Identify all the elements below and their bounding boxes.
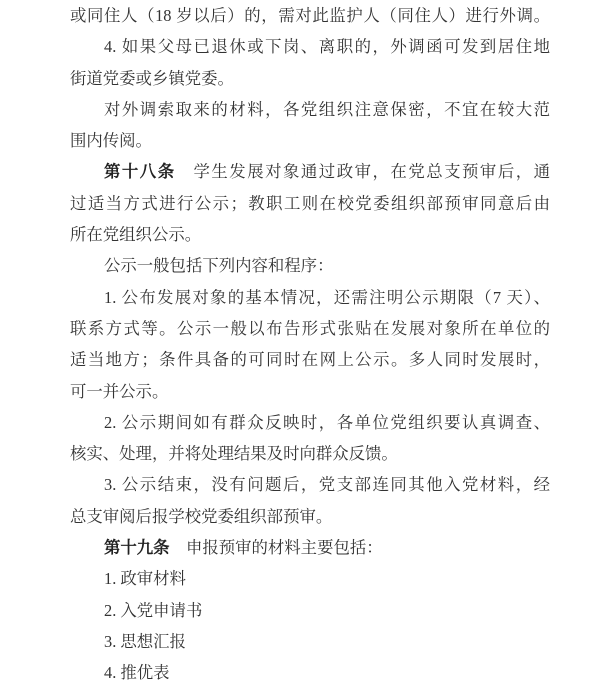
text-line: 所在党组织公示。 [70,219,550,250]
text-line: 3. 公示结束，没有问题后，党支部连同其他入党材料，经 [70,469,550,500]
text-line: 2. 入党申请书 [70,595,550,626]
text-segment: 1. 政审材料 [104,569,186,588]
text-segment: 街道党委或乡镇党委。 [70,69,234,88]
text-line: 过适当方式进行公示；教职工则在校党委组织部预审同意后由 [70,188,550,219]
text-line: 4. 推优表 [70,657,550,688]
text-segment: 学生发展对象通过政审，在党总支预审后，通 [176,162,550,181]
text-segment: 适当地方；条件具备的可同时在网上公示。多人同时发展时， [70,350,550,369]
text-segment: 所在党组织公示。 [70,225,201,244]
text-line: 2. 公示期间如有群众反映时，各单位党组织要认真调查、 [70,407,550,438]
text-line: 第十九条 申报预审的材料主要包括： [70,532,550,563]
text-segment: 4. 如果父母已退休或下岗、离职的，外调函可发到居住地 [104,37,550,56]
text-segment: 2. 入党申请书 [104,601,202,620]
text-segment: 核实、处理，并将处理结果及时向群众反馈。 [70,444,398,463]
text-line: 4. 如果父母已退休或下岗、离职的，外调函可发到居住地 [70,31,550,62]
text-line: 围内传阅。 [70,125,550,156]
article-heading-text: 第十九条 [104,539,170,557]
text-line: 1. 政审材料 [70,563,550,594]
document-page: 或同住人（18 岁以后）的，需对此监护人（同住人）进行外调。4. 如果父母已退休… [0,0,616,689]
text-segment: 可一并公示。 [70,382,168,401]
text-segment: 过适当方式进行公示；教职工则在校党委组织部预审同意后由 [70,194,550,213]
text-line: 或同住人（18 岁以后）的，需对此监护人（同住人）进行外调。 [70,0,550,31]
document-text-block: 或同住人（18 岁以后）的，需对此监护人（同住人）进行外调。4. 如果父母已退休… [0,0,616,689]
text-line: 核实、处理，并将处理结果及时向群众反馈。 [70,438,550,469]
text-line: 适当地方；条件具备的可同时在网上公示。多人同时发展时， [70,344,550,375]
text-segment: 申报预审的材料主要包括： [170,538,383,557]
article-heading-text: 第十八条 [104,163,176,181]
text-line: 对外调索取来的材料，各党组织注意保密，不宜在较大范 [70,94,550,125]
text-segment: 对外调索取来的材料，各党组织注意保密，不宜在较大范 [104,100,550,119]
text-segment: 3. 思想汇报 [104,632,186,651]
text-segment: 2. 公示期间如有群众反映时，各单位党组织要认真调查、 [104,413,550,432]
text-segment: 总支审阅后报学校党委组织部预审。 [70,507,332,526]
text-line: 1. 公布发展对象的基本情况，还需注明公示期限（7 天）、 [70,282,550,313]
text-segment: 联系方式等。公示一般以布告形式张贴在发展对象所在单位的 [70,319,550,338]
text-line: 公示一般包括下列内容和程序： [70,250,550,281]
text-line: 总支审阅后报学校党委组织部预审。 [70,501,550,532]
text-segment: 围内传阅。 [70,131,152,150]
text-line: 3. 思想汇报 [70,626,550,657]
text-segment: 4. 推优表 [104,663,170,682]
text-segment: 公示一般包括下列内容和程序： [104,256,333,275]
text-line: 街道党委或乡镇党委。 [70,63,550,94]
text-line: 联系方式等。公示一般以布告形式张贴在发展对象所在单位的 [70,313,550,344]
text-segment: 或同住人（18 岁以后）的，需对此监护人（同住人）进行外调。 [70,6,550,25]
text-line: 可一并公示。 [70,376,550,407]
text-line: 第十八条 学生发展对象通过政审，在党总支预审后，通 [70,156,550,187]
text-segment: 1. 公布发展对象的基本情况，还需注明公示期限（7 天）、 [104,288,550,307]
text-segment: 3. 公示结束，没有问题后，党支部连同其他入党材料，经 [104,475,550,494]
